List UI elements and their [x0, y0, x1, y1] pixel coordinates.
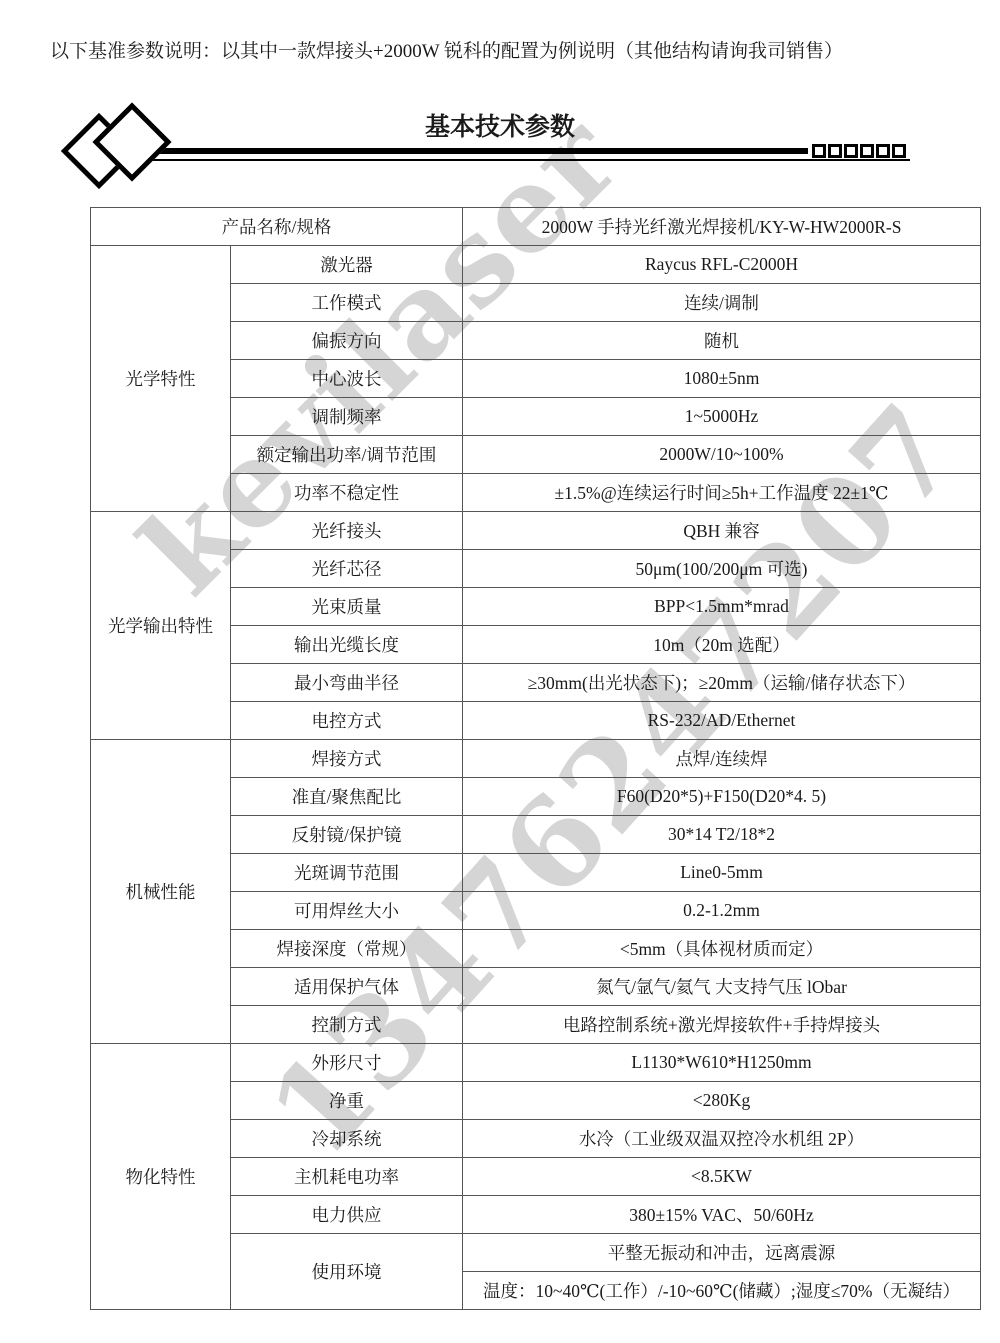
square-icon [844, 144, 858, 158]
param-cell: 焊接方式 [231, 740, 463, 778]
param-cell: 激光器 [231, 246, 463, 284]
param-cell: 控制方式 [231, 1006, 463, 1044]
header-rule-thin [122, 159, 910, 161]
value-cell: 50μm(100/200μm 可选) [463, 550, 981, 588]
category-cell-optical-output: 光学输出特性 [91, 512, 231, 740]
value-cell: 1~5000Hz [463, 398, 981, 436]
square-icon [876, 144, 890, 158]
value-cell: 0.2-1.2mm [463, 892, 981, 930]
param-cell: 光纤接头 [231, 512, 463, 550]
table-row: 机械性能 焊接方式 点焊/连续焊 [91, 740, 981, 778]
param-cell: 适用保护气体 [231, 968, 463, 1006]
square-icon [828, 144, 842, 158]
value-cell: 温度：10~40℃(工作）/-10~60℃(储藏）;湿度≤70%（无凝结） [463, 1272, 981, 1310]
category-cell-optical: 光学特性 [91, 246, 231, 512]
value-cell: 连续/调制 [463, 284, 981, 322]
param-cell-environment: 使用环境 [231, 1234, 463, 1310]
header-squares-ornament [812, 144, 906, 158]
value-cell: 氮气/氩气/氦气 大支持气压 lObar [463, 968, 981, 1006]
value-cell: 水冷（工业级双温双控冷水机组 2P） [463, 1120, 981, 1158]
value-cell: QBH 兼容 [463, 512, 981, 550]
value-cell: <8.5KW [463, 1158, 981, 1196]
header-rule-thick [140, 148, 808, 154]
param-cell: 准直/聚焦配比 [231, 778, 463, 816]
value-cell: 2000W/10~100% [463, 436, 981, 474]
value-cell: 10m（20m 选配） [463, 626, 981, 664]
param-cell: 光斑调节范围 [231, 854, 463, 892]
value-cell: 平整无振动和冲击，远离震源 [463, 1234, 981, 1272]
value-cell: Raycus RFL-C2000H [463, 246, 981, 284]
value-cell: 点焊/连续焊 [463, 740, 981, 778]
value-cell: BPP<1.5mm*mrad [463, 588, 981, 626]
param-cell: 焊接深度（常规） [231, 930, 463, 968]
value-cell: 随机 [463, 322, 981, 360]
square-icon [892, 144, 906, 158]
param-cell: 中心波长 [231, 360, 463, 398]
intro-note: 以下基准参数说明：以其中一款焊接头+2000W 锐科的配置为例说明（其他结构请询… [50, 36, 843, 63]
param-cell: 额定输出功率/调节范围 [231, 436, 463, 474]
param-cell: 冷却系统 [231, 1120, 463, 1158]
value-cell: 380±15% VAC、50/60Hz [463, 1196, 981, 1234]
param-cell: 电力供应 [231, 1196, 463, 1234]
value-cell: ±1.5%@连续运行时间≥5h+工作温度 22±1℃ [463, 474, 981, 512]
value-cell: 30*14 T2/18*2 [463, 816, 981, 854]
product-label-cell: 产品名称/规格 [91, 208, 463, 246]
param-cell: 最小弯曲半径 [231, 664, 463, 702]
param-cell: 外形尺寸 [231, 1044, 463, 1082]
value-cell: L1130*W610*H1250mm [463, 1044, 981, 1082]
param-cell: 净重 [231, 1082, 463, 1120]
product-value-cell: 2000W 手持光纤激光焊接机/KY-W-HW2000R-S [463, 208, 981, 246]
param-cell: 功率不稳定性 [231, 474, 463, 512]
value-cell: ≥30mm(出光状态下)；≥20mm（运输/储存状态下） [463, 664, 981, 702]
param-cell: 工作模式 [231, 284, 463, 322]
table-row: 光学输出特性 光纤接头 QBH 兼容 [91, 512, 981, 550]
table-row: 物化特性 外形尺寸 L1130*W610*H1250mm [91, 1044, 981, 1082]
value-cell: RS-232/AD/Ethernet [463, 702, 981, 740]
category-cell-mechanical: 机械性能 [91, 740, 231, 1044]
square-icon [860, 144, 874, 158]
param-cell: 电控方式 [231, 702, 463, 740]
square-icon [812, 144, 826, 158]
spec-table: 产品名称/规格 2000W 手持光纤激光焊接机/KY-W-HW2000R-S 光… [90, 207, 981, 1310]
value-cell: 1080±5nm [463, 360, 981, 398]
value-cell: <280Kg [463, 1082, 981, 1120]
value-cell: F60(D20*5)+F150(D20*4. 5) [463, 778, 981, 816]
param-cell: 主机耗电功率 [231, 1158, 463, 1196]
param-cell: 偏振方向 [231, 322, 463, 360]
table-row: 产品名称/规格 2000W 手持光纤激光焊接机/KY-W-HW2000R-S [91, 208, 981, 246]
value-cell: 电路控制系统+激光焊接软件+手持焊接头 [463, 1006, 981, 1044]
param-cell: 可用焊丝大小 [231, 892, 463, 930]
value-cell: Line0-5mm [463, 854, 981, 892]
param-cell: 输出光缆长度 [231, 626, 463, 664]
value-cell: <5mm（具体视材质而定） [463, 930, 981, 968]
category-cell-physical: 物化特性 [91, 1044, 231, 1310]
param-cell: 光纤芯径 [231, 550, 463, 588]
param-cell: 反射镜/保护镜 [231, 816, 463, 854]
param-cell: 调制频率 [231, 398, 463, 436]
param-cell: 光束质量 [231, 588, 463, 626]
table-row: 光学特性 激光器 Raycus RFL-C2000H [91, 246, 981, 284]
